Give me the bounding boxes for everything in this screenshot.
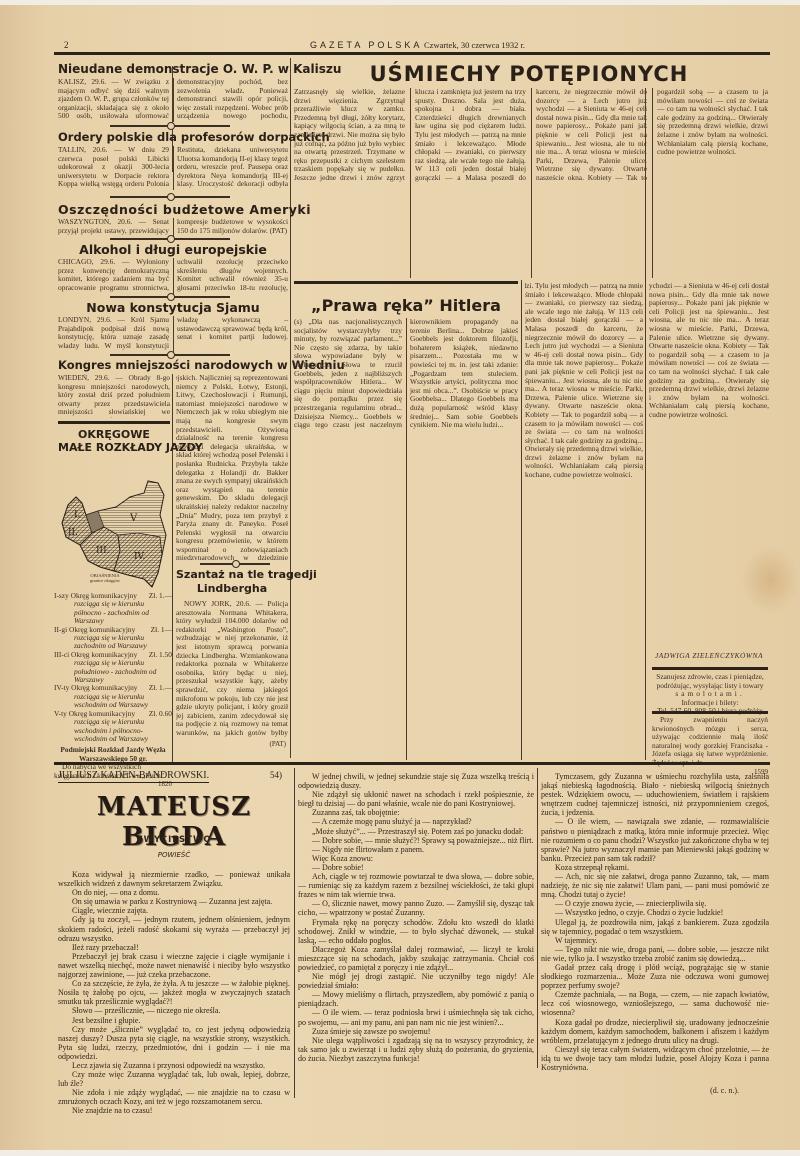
serial-paragraph: — A czemże mogę panu służyć ja — naprzyk… [298,817,534,826]
timetable-row: IV-ty Okręg komunikacyjnyZł. 1.—rozciąga… [54,684,172,709]
separator [110,196,230,198]
serial-paragraph: Jest bezsilne i głupie. [58,1016,290,1025]
column-divider [172,374,173,762]
headline-alkohol: Alkohol i długi europejskie [58,242,288,257]
serial-paragraph: — Dobre sobie! [298,863,534,872]
timetable-row: III-ci Okręg komunikacyjnyZł. 1.50rozcią… [54,651,172,685]
serial-paragraph: — O ile wiem. — teraz podniosła brwi i u… [298,1008,534,1026]
article-dorpat-body: TALLIN, 20.6. — W dniu 29 czerwca poseł … [58,146,288,190]
serial-paragraph: Więc Koza znowu: [298,854,534,863]
article-alkohol-body: CHICAGO, 29.6. — Wyłoniony przez konwenc… [58,258,288,294]
ad-mineral-water: Przy zwapnieniu naczyń krwionośnych mózg… [652,716,768,776]
article-lindbergh-credit: (PAT) [176,740,286,749]
serial-paragraph: On się umawia w parku z Kostryniową — Zu… [58,897,290,906]
article-ameryka-body: WASZYNGTON, 20.6. — Senat przyjął projek… [58,218,288,236]
serial-paragraph: Zuza śmieje się zawsze po swojemu! [298,1027,534,1036]
svg-text:V: V [129,513,138,524]
separator [200,563,270,565]
serial-paragraph: — O czyje znowu życie, — zniecierpliwiła… [541,899,769,908]
serial-paragraph: — O, ślicznie nawet, mowy panno Zuzo. — … [298,899,534,917]
serial-paragraph: — Tego nikt nie wie, droga pani, — dobre… [541,945,769,963]
serial-subtitle: ZWYCIĘSTWO [58,835,290,845]
district-desc: rozciąga się w kierunku zachodnim od War… [54,634,172,651]
serial-author: JULJUSZ KADEN-BANDROWSKI. [58,770,209,783]
hitler-top-rule [294,281,518,284]
serial-paragraph: Gdy ją tu zoczył, — jednym rzutem, jedne… [58,915,290,942]
article-wieden-col1: WIEDEŃ, 29.6. — Obrady 8-go kongresu mni… [58,374,170,418]
headline-lindbergh: Szantaż na tle tragedji Lindbergha [176,568,288,596]
serial-paragraph: On do niej, — ona z domu. [58,888,290,897]
serial-column-2: W jednej chwili, w jednej sekundzie staj… [298,772,534,1063]
article-lindbergh-body: NOWY JORK, 20.6. — Policja aresztowała N… [176,600,288,738]
serial-paragraph: „Może służyć”... — Przestraszył się. Pot… [298,827,534,836]
article-kalisz-body: KALISZ, 29.6. — W związku z mającym odby… [58,78,288,122]
district-price: Zł. 1.— [149,684,172,692]
serial-paragraph: Nie zdążył się ukłonić nawet na schodach… [298,790,534,808]
ad-rule [652,667,768,670]
serial-paragraph: Frymała rękę na poręczy schodów. Zdołu k… [298,918,534,945]
serial-paragraph: Ciągle, wiecznie zajęta. [58,906,290,915]
headline-lindbergh-line2: Lindbergha [176,582,288,596]
serial-paragraph: Ach, ciągle w tej rozmowie powtarzał te … [298,872,534,899]
district-desc: rozciąga się w kierunku północno - zacho… [54,600,172,625]
column-divider [537,768,538,1068]
masthead-rule [54,52,770,55]
serial-paragraph: Koza strzepnął rękami. [541,863,769,872]
article-wieden-col2: WIEDEŃ, 29.6. — Obrady 8-go kongresu mni… [176,374,288,560]
serial-paragraph: Koza widywał ją niezmiernie rzadko, — po… [58,870,290,888]
serial-paragraph: — Ach, nic się nie załatwi, droga panno … [541,872,769,899]
ad-rule [652,711,768,714]
district-price: Zł. 0.60 [149,710,172,718]
separator [110,238,230,240]
headline-hitler: „Prawa ręka” Hitlera [294,296,518,315]
district-price: Zł. 1.50 [149,651,172,659]
serial-paragraph: Czy może więc Zuzanna wyglądać tak, lub … [58,1070,290,1088]
district-desc: rozciąga się w kierunku wschodnim od War… [54,693,172,710]
paper-name: GAZETA POLSKA [310,40,422,50]
serial-column-3: Tymczasem, gdy Zuzanna w uśmiechu rozchy… [541,772,769,1095]
timetable-row: I-szy Okręg komunikacyjnyZł. 1.—rozciąga… [54,592,172,626]
article-usmiechy-col4: Zatrzasnęły się wielkie, żelazne drzwi w… [649,282,769,650]
serial-paragraph: Co za szczęście, że żyła, że żyła. A tu … [58,979,290,1006]
region-label: I. [74,510,81,520]
serial-paragraph: Nie zdoła i nie zdąży wyglądać, — nie zn… [58,1088,290,1106]
page-number: 2 [64,40,69,50]
district-desc: rozciąga się w kierunku południowo - zac… [54,659,172,684]
article-usmiechy-author: JADWIGA ZIELEŃCZYKÓWNA [649,652,769,661]
column-divider [521,280,522,760]
serial-paragraph: Czy może „ślicznie” wyglądać to, co jest… [58,1025,290,1061]
serial-paragraph: — O ile wiem, — nawiązała swe zdanie, — … [541,817,769,862]
serial-paragraph: — Dobre sobie, — mnie służyć?! Sprawy są… [298,836,534,845]
serial-paragraph: Ulegał ją, że pozdrowiła nim, jakąś z ba… [541,918,769,936]
serial-paragraph: — Mowy mieliśmy o flirtach, przyszedłem,… [298,990,534,1008]
svg-text:IV.: IV. [134,552,145,562]
map-title-line2: MAŁE ROZKŁADY JAZDY [58,441,170,454]
map-legend-text: granice okręgów [70,578,140,583]
serial-paragraph: Nie mógł jej drogi zastąpić. Nie uczynił… [298,972,534,990]
headline-dorpat: Ordery polskie dla profesorów dorpackich [58,130,288,144]
ad-mineral-water-text: Przy zwapnieniu naczyń krwionośnych mózg… [652,716,768,768]
suburban-timetable: Podmiejski Rozkład Jazdy Węzła Warszawsk… [54,746,172,763]
serial-paragraph: Czemże pachniała, — na Boga, — czem, — n… [541,990,769,1017]
serial-paragraph: Ileż razy przebaczał! [58,943,290,952]
serial-paragraph: Lecz zjawia się Zuzanna i przynosi odpow… [58,1061,290,1070]
map-box-title: OKRĘGOWE MAŁE ROZKŁADY JAZDY [58,428,170,454]
article-sjam-body: LONDYN, 29.6. — Król Sjamu Prajahdipok p… [58,316,288,352]
serial-episode: 54) [270,770,282,780]
separator [110,125,230,127]
serial-continued: (d. c. n.). [541,1086,769,1095]
district-price: Zł. 1— [151,626,172,634]
serial-paragraph: Nie znajdzie na to czasu! [58,1106,290,1115]
separator [110,354,230,356]
serial-paragraph: W jednej chwili, w jednej sekundzie staj… [298,772,534,790]
district-price: Zł. 1.— [149,592,172,600]
serial-paragraph: Dlaczegoż Koza zamyślał dalej rozmawiać,… [298,945,534,972]
timetable-row: V-ty Okręg komunikacyjnyZł. 0.60rozciąga… [54,710,172,744]
headline-ameryka: Oszczędności budżetowe Ameryki [58,202,288,217]
serial-paragraph: Nie ulega wątpliwości i zgadzają się na … [298,1036,534,1063]
issue-date: Czwartek, 30 czerwca 1932 r. [424,40,525,50]
column-divider [294,768,295,1098]
serial-paragraph: Zuzanna zaś, tak obojętnie: [298,808,534,817]
map-legend: OBJAŚNIENIA granice okręgów [70,573,140,583]
headline-wieden: Kongres mniejszości narodowych w Wiedniu [58,358,288,372]
article-usmiechy-body-top: Zatrzasnęły się wielkie, żelazne drzwi w… [294,88,768,278]
headline-lindbergh-line1: Szantaż na tle tragedji [176,568,288,582]
map-title-line1: OKRĘGOWE [58,428,170,441]
separator [110,296,230,298]
page-bottom-edge [0,1150,800,1156]
svg-text:II.: II. [68,528,78,538]
column-divider [645,88,646,760]
column-divider [290,58,291,758]
timetable-row: II-gi Okręg komunikacyjnyZł. 1—rozciąga … [54,626,172,651]
serial-paragraph: Słowo — prześlicznie, — niczego nie okre… [58,1006,290,1015]
serial-genre: POWIEŚĆ [58,851,290,859]
district-desc: rozciąga się w kierunku wschodnim i półn… [54,718,172,743]
ad-airline: Szanujesz zdrowie, czas i pieniądze, pod… [652,673,768,716]
serial-paragraph: Cieszył się teraz całym światem, widzący… [541,1045,769,1072]
headline-sjam: Nowa konstytucja Sjamu [58,300,288,315]
headline-kalisz: Nieudane demonstracje O. W. P. w Kaliszu [58,62,288,76]
map-box-rule [58,421,170,424]
timetable-list: I-szy Okręg komunikacyjnyZł. 1.—rozciąga… [54,592,172,788]
article-hitler-body: (s) „Dla nas nacjonalistycznych socjalis… [294,318,518,760]
serial-paragraph: — Wszystko jedno, o czyje. Chodzi o życi… [541,908,769,917]
serial-paragraph: W tajemnicy. [541,936,769,945]
serial-paragraph: Gadał przez całą drogę i plótł wciąż, po… [541,963,769,990]
serial-column-1: Koza widywał ją niezmiernie rzadko, — po… [58,870,290,1116]
serial-top-rule [54,762,770,765]
svg-text:III.: III. [96,546,110,556]
serial-paragraph: Koza gadał po drodze, niecierpliwił się,… [541,1018,769,1045]
ad-airline-line1: Szanujesz zdrowie, czas i pieniądze, pod… [652,673,768,690]
headline-usmiechy: UŚMIECHY POTĘPIONYCH [294,62,764,86]
serial-paragraph: — Nigdy nie flirtowałam z panem. [298,845,534,854]
serial-paragraph: Tymczasem, gdy Zuzanna w uśmiechu rozchy… [541,772,769,817]
serial-paragraph: Przebaczył jej brak czasu i wieczne zaję… [58,952,290,979]
article-usmiechy-col3: Zatrzasnęły się wielkie, żelazne drzwi w… [525,282,643,760]
